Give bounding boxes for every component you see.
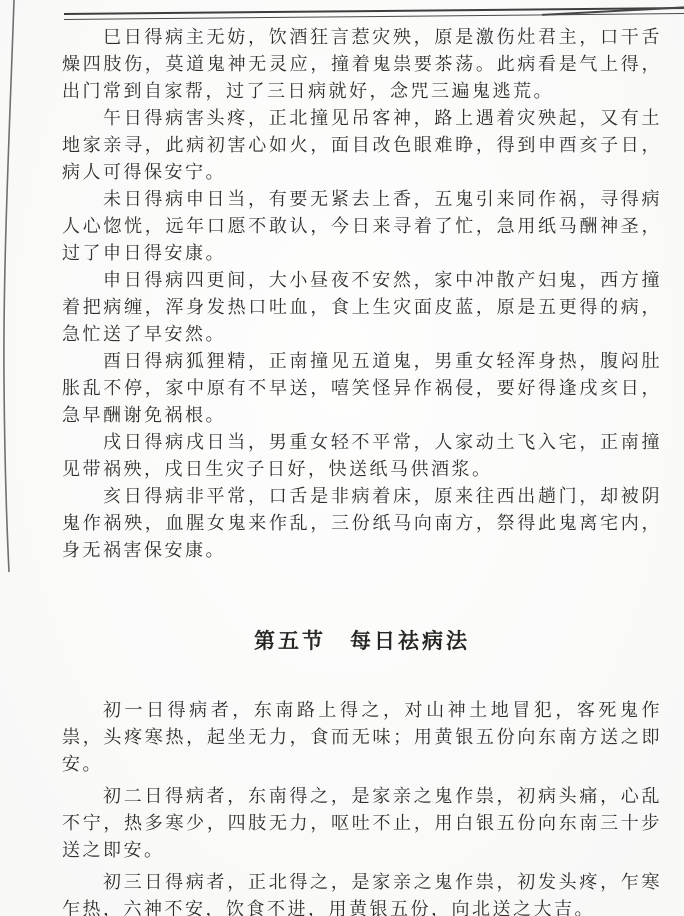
paragraph-wei-day: 未日得病申日当，有要无紧去上香，五鬼引来同作祸，寻得病人心惚恍，远年口愿不敢认，…: [62, 186, 662, 267]
page-spine-edge-line: [0, 0, 30, 600]
top-double-rule: [64, 7, 684, 20]
paragraph-shen-day: 申日得病四更间，大小昼夜不安然，家中冲散产妇鬼，西方撞着把病缠，浑身发热口吐血，…: [62, 267, 662, 348]
paragraph-day-1: 初一日得病者，东南路上得之，对山神土地冒犯，客死鬼作祟，头疼寒热，起坐无力，食而…: [62, 697, 662, 778]
paragraph-si-day: 巳日得病主无妨，饮酒狂言惹灾殃，原是激伤灶君主，口干舌燥四肢伤，莫道鬼神无灵应，…: [62, 24, 662, 105]
paragraph-xu-day: 戌日得病戌日当，男重女轻不平常，人家动土飞入宅，正南撞见带祸殃，戌日生灾子日好，…: [62, 429, 662, 483]
page-text-column: 巳日得病主无妨，饮酒狂言惹灾殃，原是激伤灶君主，口干舌燥四肢伤，莫道鬼神无灵应，…: [62, 24, 662, 916]
paragraph-day-2: 初二日得病者，东南得之，是家亲之鬼作祟，初病头痛，心乱不宁，热多寒少，四肢无力，…: [62, 783, 662, 864]
paragraph-day-3: 初三日得病者，正北得之，是家亲之鬼作祟，初发头疼，乍寒乍热，六神不安，饮食不进，…: [62, 869, 662, 916]
paragraph-hai-day: 亥日得病非平常，口舌是非病着床，原来往西出趟门，却被阴鬼作祸殃，血腥女鬼来作乱，…: [62, 483, 662, 564]
scanned-book-page: 巳日得病主无妨，饮酒狂言惹灾殃，原是激伤灶君主，口干舌燥四肢伤，莫道鬼神无灵应，…: [0, 0, 684, 916]
paragraph-you-day: 酉日得病狐狸精，正南撞见五道鬼，男重女轻浑身热，腹闷肚胀乱不停，家中原有不早送，…: [62, 348, 662, 429]
section-heading: 第五节 每日祛病法: [62, 626, 662, 656]
paragraph-wu-day: 午日得病害头疼，正北撞见吊客神，路上遇着灾殃起，又有土地家亲寻，此病初害心如火，…: [62, 105, 662, 186]
